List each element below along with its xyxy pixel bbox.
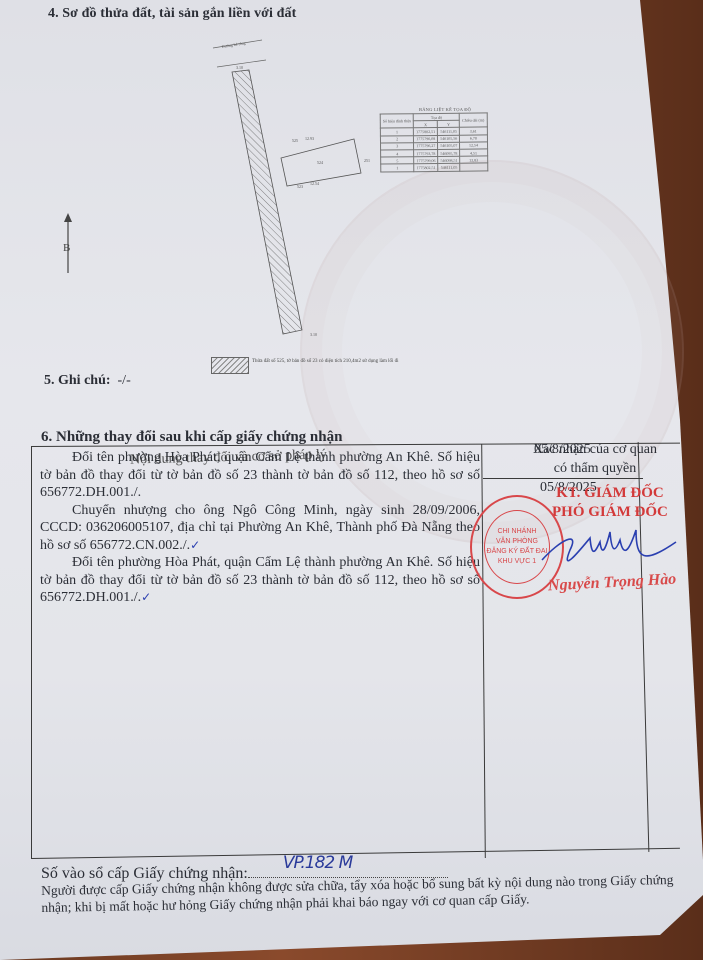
hatch-legend-text: Thửa đất số 525, tờ bản đồ số 23 có diện… <box>252 359 399 364</box>
header-date-overprint: 05/8/2025 <box>534 440 591 459</box>
registry-number-value: VP.182 M <box>283 853 352 873</box>
parcel-525-shape <box>232 70 302 334</box>
svg-text:3.10: 3.10 <box>310 332 317 337</box>
section-6-title: 6. Những thay đổi sau khi cấp giấy chứng… <box>41 429 342 446</box>
svg-text:525: 525 <box>292 138 298 143</box>
parcel-map: Đường bê tông 3.10 525 12.93 524 523 12.… <box>0 0 703 360</box>
coordinate-table: Số hiệu đỉnh thửa Tọa độ Chiều dài (m) X… <box>380 112 488 172</box>
svg-text:B: B <box>63 242 70 254</box>
signer-title: KT. GIÁM ĐỐC PHÓ GIÁM ĐỐC <box>552 484 668 522</box>
header-length: Chiều dài (m) <box>459 113 486 128</box>
change-entry-3: Đổi tên phường Hòa Phát, quận Cẩm Lệ thà… <box>40 554 480 607</box>
svg-text:3.10: 3.10 <box>236 65 243 70</box>
svg-text:12.54: 12.54 <box>310 181 319 186</box>
svg-text:251: 251 <box>364 158 370 163</box>
section-5-title: 5. Ghi chú: -/- <box>44 373 131 389</box>
initials-mark-icon: ✓ <box>190 538 200 552</box>
section-5-value: -/- <box>118 373 131 388</box>
header-vertex: Số hiệu đỉnh thửa <box>380 114 413 129</box>
coordinate-row: 11775802,51546111,05 <box>381 163 488 171</box>
change-entry-2: Chuyển nhượng cho ông Ngô Công Minh, ngà… <box>40 502 480 555</box>
initials-mark-icon: ✓ <box>141 590 151 604</box>
hatch-legend-swatch <box>211 357 249 374</box>
road-label: Đường bê tông <box>221 40 246 49</box>
confirmation-header: Xác nhận của cơ quan có thẩm quyền 05/8/… <box>520 440 670 478</box>
svg-text:524: 524 <box>317 160 323 165</box>
changes-content: Đổi tên phường Hòa Phát, quận Cẩm Lệ thà… <box>40 449 480 607</box>
coordinate-table-title: BẢNG LIỆT KÊ TỌA ĐỘ <box>419 107 471 112</box>
svg-text:12.93: 12.93 <box>305 136 314 141</box>
svg-text:523: 523 <box>297 184 303 189</box>
north-arrow: B <box>58 213 78 275</box>
